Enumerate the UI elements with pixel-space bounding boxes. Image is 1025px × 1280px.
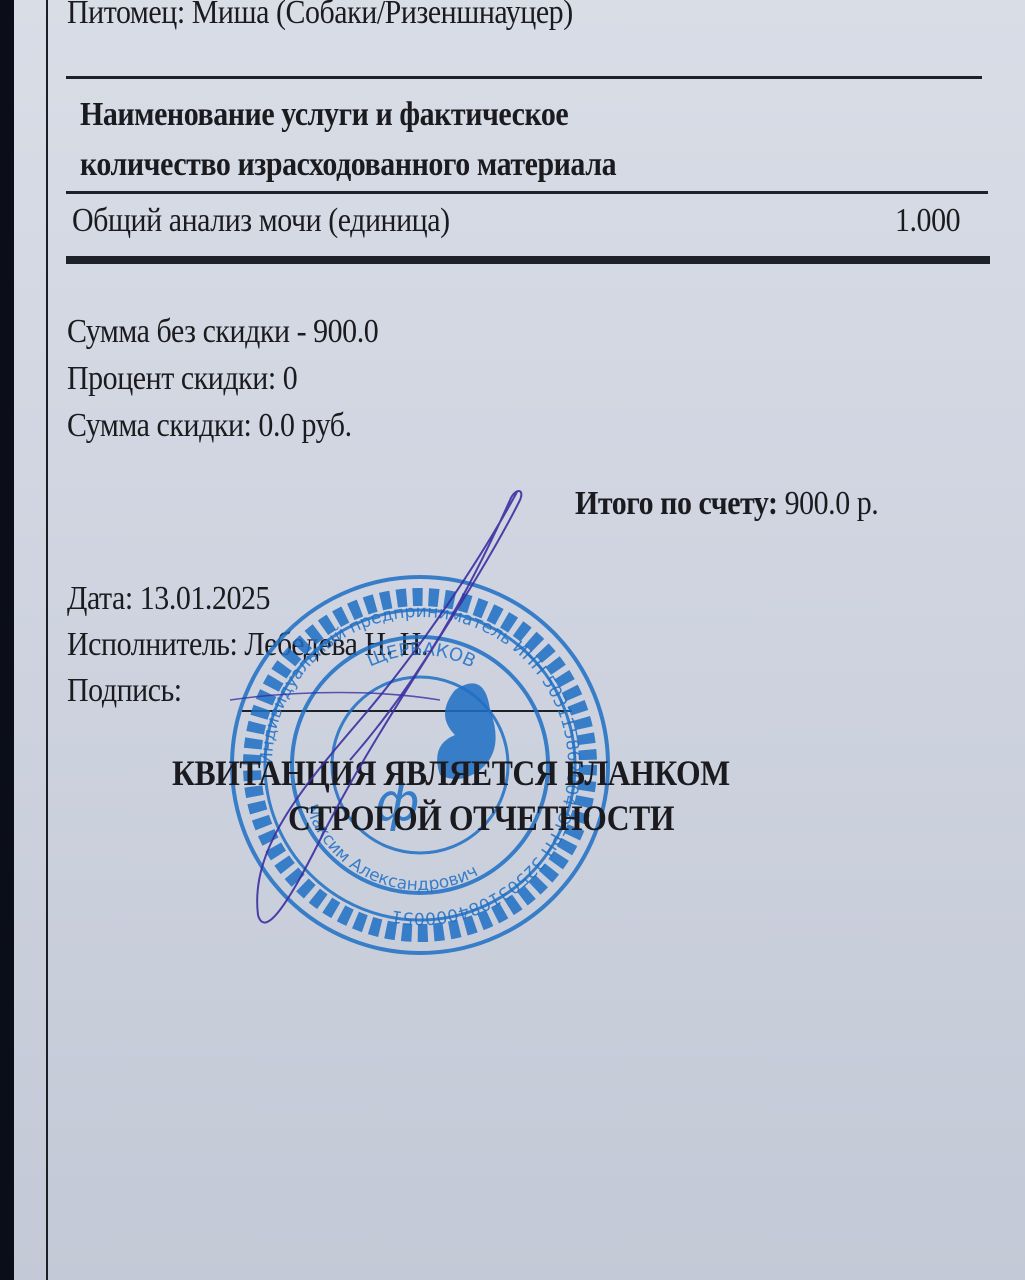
item-name: Общий анализ мочи (единица): [72, 202, 450, 240]
total-line: Итого по счету: 900.0 р.: [575, 485, 878, 523]
table-header: Наименование услуги и фактическое количе…: [80, 90, 616, 190]
total-value: 900.0 р.: [785, 485, 879, 522]
discount-amount: Сумма скидки: 0.0 руб.: [67, 407, 352, 445]
left-border-line: [46, 0, 48, 1280]
table-header-line-2: количество израсходованного материала: [80, 140, 616, 190]
signature-line: [242, 710, 572, 712]
executor: Исполнитель: Лебедева Н. Н.: [67, 626, 428, 664]
divider-thick: [66, 256, 990, 264]
total-label: Итого по счету:: [575, 485, 778, 522]
notice-line-2: СТРОГОЙ ОТЧЕТНОСТИ: [288, 797, 674, 839]
signature-label: Подпись:: [67, 672, 182, 710]
discount-percent: Процент скидки: 0: [67, 360, 297, 398]
pet-line: Питомец: Миша (Собаки/Ризеншнауцер): [67, 0, 573, 32]
sum-without-discount: Сумма без скидки - 900.0: [67, 313, 378, 351]
notice-line-1: КВИТАНЦИЯ ЯВЛЯЕТСЯ БЛАНКОМ: [172, 752, 730, 794]
divider: [66, 191, 988, 194]
item-quantity: 1.000: [895, 202, 960, 240]
table-header-line-1: Наименование услуги и фактическое: [80, 90, 616, 140]
divider: [66, 76, 982, 79]
date: Дата: 13.01.2025: [67, 580, 270, 618]
